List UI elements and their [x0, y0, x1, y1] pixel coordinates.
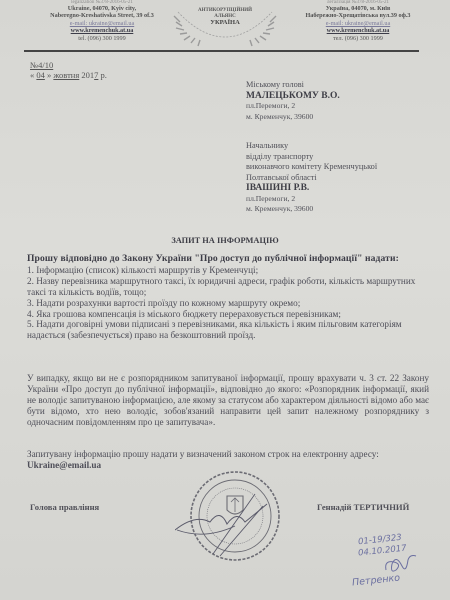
recipient-role-line4: Полтавської області [246, 173, 377, 184]
recipient-role: Міському голові [246, 80, 340, 91]
request-item-3: 3. Надати розрахунки вартості проїзду по… [27, 298, 429, 309]
closing-text: Запитувану інформацію прошу надати у виз… [27, 449, 379, 459]
recipient-role-line3: виконавчого комітету Кременчуцької [246, 162, 377, 173]
letterhead-left: legalization №378-2016-05-21 Ukraine, 04… [27, 0, 177, 42]
email-en: e-mail: ukraine@email.ua [27, 20, 177, 27]
recipient-role-line1: Начальнику [246, 141, 377, 152]
email-ua: e-mail: ukraine@email.ua [283, 20, 433, 27]
logo-line3: УКРАЇНА [170, 20, 280, 26]
letterhead-right: легалізація №378-2016-05-21 Україна, 040… [283, 0, 433, 42]
date-month: жовтня [53, 70, 79, 80]
logo-text: АНТИКОРУПЦІЙНИЙ АЛЬЯНС УКРАЇНА [170, 8, 280, 26]
organization-logo: АНТИКОРУПЦІЙНИЙ АЛЬЯНС УКРАЇНА [170, 0, 280, 48]
handwritten-signature-icon [382, 552, 422, 576]
reply-email: Ukraine@email.ua [27, 460, 101, 470]
date-quote-open: « [30, 70, 34, 80]
recipient-city: м. Кременчук, 39600 [246, 112, 340, 123]
legal-paragraph: У випадку, якщо ви не є розпорядником за… [27, 373, 429, 428]
date-day: 04 [36, 70, 45, 80]
date-quote-close: » [47, 70, 51, 80]
official-stamp-icon [175, 464, 295, 584]
address-en-line1: Ukraine, 04070, Kyiv city, [27, 5, 177, 12]
date-year-suffix: 7 [94, 70, 98, 80]
request-item-2: 2. Назву перевізника маршрутного таксі, … [27, 276, 429, 298]
signatory-position: Голова правління [30, 502, 99, 512]
recipient-name: МАЛЕЦЬКОМУ В.О. [246, 91, 340, 102]
recipient-name: ІВАШИНІ Р.В. [246, 183, 377, 194]
letterhead-divider [24, 50, 419, 52]
date-year-prefix: 201 [81, 70, 94, 80]
website-en: www.kremenchuk.at.ua [27, 27, 177, 34]
request-item-4: 4. Яка грошова компенсація із міського б… [27, 309, 429, 320]
request-item-1: 1. Інформацію (список) кількості маршрут… [27, 265, 429, 276]
request-lead: Прошу відповідно до Закону України "Про … [27, 254, 429, 265]
letter-page: legalization №378-2016-05-21 Ukraine, 04… [0, 0, 450, 600]
website-ua: www.kremenchuk.at.ua [283, 27, 433, 34]
recipient-street: пл.Перемоги, 2 [246, 194, 377, 205]
handwritten-receiver-name: Петренко [352, 573, 401, 589]
address-ua-line1: Україна, 04070, м. Київ [283, 5, 433, 12]
recipient-role-line2: відділу транспорту [246, 152, 377, 163]
address-ua-line2: Набережно-Хрещатівська вул.39 оф.3 [283, 12, 433, 19]
recipient-mayor: Міському голові МАЛЕЦЬКОМУ В.О. пл.Перем… [246, 80, 340, 122]
reference-number: №4/10 [30, 60, 53, 70]
recipient-city: м. Кременчук, 39600 [246, 204, 377, 215]
request-item-5: 5. Надати договірні умови підписані з пе… [27, 319, 429, 341]
request-body: Прошу відповідно до Закону України "Про … [27, 254, 429, 341]
document-title: ЗАПИТ НА ІНФОРМАЦІЮ [0, 236, 450, 245]
phone-ua: тел. (096) 300 1999 [283, 35, 433, 42]
phone-en: tel. (096) 300 1999 [27, 35, 177, 42]
address-en-line2: Naberegno-Kreshativska Street, 39 of.3 [27, 12, 177, 19]
date-year-end: р. [101, 70, 107, 80]
recipient-transport-head: Начальнику відділу транспорту виконавчог… [246, 141, 377, 215]
reference-date: « 04 » жовтня 2017 р. [30, 70, 107, 80]
recipient-street: пл.Перемоги, 2 [246, 101, 340, 112]
signatory-name: Геннадій ТЕРТИЧНИЙ [317, 502, 409, 512]
